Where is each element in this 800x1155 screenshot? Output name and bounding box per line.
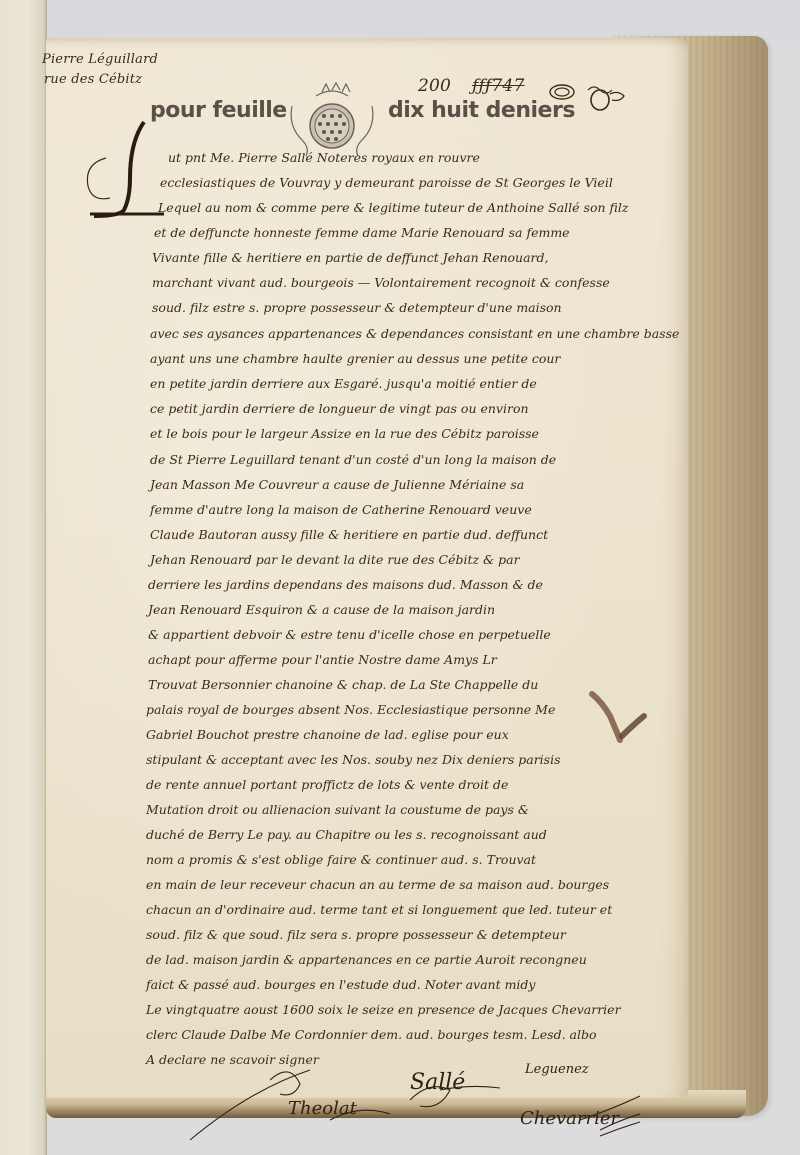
background (0, 0, 800, 40)
text-line: et le bois pour le largeur Assize en la … (150, 426, 539, 441)
text-line: et de deffuncte honneste femme dame Mari… (154, 225, 570, 240)
stamp-text-left: pour feuille (150, 98, 287, 123)
royal-seal-icon (286, 82, 378, 160)
text-line: stipulant & acceptant avec les Nos. soub… (146, 752, 561, 767)
margin-note-line-1: Pierre Léguillard (42, 52, 158, 67)
text-line: Trouvat Bersonnier chanoine & chap. de L… (148, 677, 538, 692)
signature-flourishes (180, 1060, 660, 1150)
text-line: palais royal de bourges absent Nos. Eccl… (146, 702, 555, 717)
text-line: clerc Claude Dalbe Me Cordonnier dem. au… (146, 1027, 597, 1042)
text-line: de rente annuel portant proffictz de lot… (146, 777, 508, 792)
folio-strikeouts: ƒƒƒ747 (472, 76, 525, 96)
text-line: de St Pierre Leguillard tenant d'un cost… (150, 452, 556, 467)
text-line: femme d'autre long la maison de Catherin… (150, 502, 532, 517)
text-line: soud. filz estre s. propre possesseur & … (152, 300, 562, 315)
text-line: & appartient debvoir & estre tenu d'icel… (148, 627, 551, 642)
margin-note-line-2: rue des Cébitz (44, 72, 142, 87)
document-scene: Pierre Léguillard rue des Cébitz 200 ƒƒƒ… (0, 0, 800, 1155)
text-line: marchant vivant aud. bourgeois — Volonta… (152, 275, 610, 290)
text-line: derriere les jardins dependans des maiso… (148, 577, 543, 592)
text-line: Le vingtquatre aoust 1600 soix le seize … (146, 1002, 621, 1017)
text-line: de lad. maison jardin & appartenances en… (146, 952, 587, 967)
decorated-initial-L (86, 118, 166, 218)
text-line: Mutation droit ou allienacion suivant la… (146, 802, 529, 817)
text-line: soud. filz & que soud. filz sera s. prop… (146, 927, 566, 942)
text-line: ce petit jardin derriere de longueur de … (150, 401, 529, 416)
text-line: chacun an d'ordinaire aud. terme tant et… (146, 902, 612, 917)
text-line: ayant uns une chambre haulte grenier au … (150, 351, 560, 366)
text-line: en petite jardin derriere aux Esgaré. ju… (150, 376, 537, 391)
text-line: Vivante fille & heritiere en partie de d… (152, 250, 549, 265)
text-line: Jean Masson Me Couvreur a cause de Julie… (150, 477, 524, 492)
text-line: Jean Renouard Esquiron & a cause de la m… (148, 602, 495, 617)
text-line: Gabriel Bouchot prestre chanoine de lad.… (146, 727, 509, 742)
text-line: avec ses aysances appartenances & depend… (150, 326, 679, 341)
text-line: en main de leur receveur chacun an au te… (146, 877, 609, 892)
left-facing-page-edge (0, 0, 47, 1155)
ink-stain (588, 690, 648, 750)
text-line: achapt pour afferme pour l'antie Nostre … (148, 652, 497, 667)
text-line: Lequel au nom & comme pere & legitime tu… (158, 200, 628, 215)
text-line: Claude Bautoran aussy fille & heritiere … (150, 527, 548, 542)
text-line: ecclesiastiques de Vouvray y demeurant p… (160, 175, 613, 190)
text-line: faict & passé aud. bourges en l'estude d… (146, 977, 536, 992)
text-line: nom a promis & s'est oblige faire & cont… (146, 852, 536, 867)
folio-number: 200 (418, 76, 451, 96)
stamp-text-right: dix huit deniers (388, 98, 575, 123)
text-line: duché de Berry Le pay. au Chapitre ou le… (146, 827, 547, 842)
text-line: ut pnt Me. Pierre Sallé Noteres royaux e… (168, 150, 480, 165)
text-line: Jehan Renouard par le devant la dite rue… (150, 552, 520, 567)
